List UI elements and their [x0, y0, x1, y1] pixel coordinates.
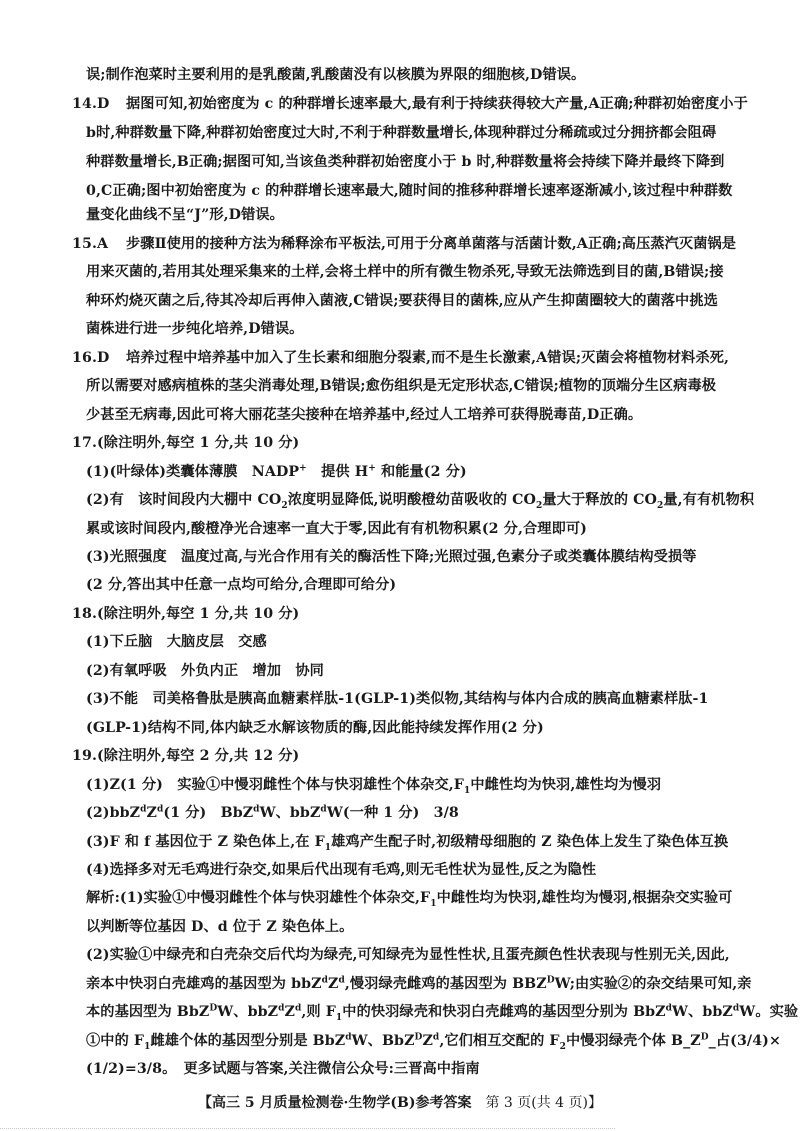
- line-text: 用来灭菌的,若用其处理采集来的土样,会将土样中的所有微生物杀死,导致无法筛选到目…: [86, 264, 724, 280]
- answer-continuation-line: 少甚至无病毒,因此可将大丽花茎尖接种在培养基中,经过人工培养可获得脱毒苗,D正确…: [86, 406, 642, 424]
- line-text: 步骤Ⅱ使用的接种方法为稀释涂布平板法,可用于分离单菌落与活菌计数,A正确;高压蒸…: [126, 236, 736, 252]
- line-text: 少甚至无病毒,因此可将大丽花茎尖接种在培养基中,经过人工培养可获得脱毒苗,D正确…: [86, 407, 642, 423]
- question-number: 14.D: [72, 95, 126, 113]
- q19-answer-3: (3)F 和 f 基因位于 Z 染色体上,在 F1雄鸡产生配子时,初级精母细胞的…: [86, 833, 728, 851]
- line-text: b时,种群数量下降,种群初始密度过大时,不利于种群数量增长,体现种群过分稀疏或过…: [86, 125, 716, 141]
- answer-continuation-line: 菌株进行进一步纯化培养,D错误。: [86, 320, 303, 338]
- question-number: 16.D: [72, 349, 126, 367]
- line-text: 所以需要对感病植株的茎尖消毒处理,B错误;愈伤组织是无定形状态,C错误;植物的顶…: [86, 378, 716, 394]
- answer-continuation-line: 量变化曲线不呈“J”形,D错误。: [86, 206, 284, 224]
- q17-answer-3-line1: (3)光照强度 温度过高,与光合作用有关的酶活性下降;光照过强,色素分子或类囊体…: [86, 548, 697, 566]
- line-text: 培养过程中培养基中加入了生长素和细胞分裂素,而不是生长激素,A错误;灭菌会将植物…: [126, 350, 729, 366]
- document-page: 误;制作泡菜时主要利用的是乳酸菌,乳酸菌没有以核膜为界限的细胞核,D错误。14.…: [0, 0, 800, 1131]
- q18-answer-3-line1: (3)不能 司美格鲁肽是胰高血糖素样肽-1(GLP-1)类似物,其结构与体内合成…: [86, 690, 709, 708]
- question-answer-line: 16.D培养过程中培养基中加入了生长素和细胞分裂素,而不是生长激素,A错误;灭菌…: [72, 349, 729, 367]
- q19-answer-1: (1)Z(1 分) 实验①中慢羽雌性个体与快羽雄性个体杂交,F1中雌性均为快羽,…: [86, 776, 661, 794]
- line-text: 0,C正确;图中初始密度为 c 的种群增长速率最大,随时间的推移种群增长速率逐渐…: [86, 183, 732, 199]
- line-text: 菌株进行进一步纯化培养,D错误。: [86, 321, 303, 337]
- q19-analysis-2-line4: ①中的 F1雌雄个体的基因型分别是 BbZdW、BbZDZd,它们相互交配的 F…: [86, 1032, 781, 1050]
- q19-analysis-1-line1: 解析:(1)实验①中慢羽雌性个体与快羽雄性个体杂交,F1中雌性均为快羽,雄性均为…: [86, 889, 732, 907]
- answer-continuation-line: b时,种群数量下降,种群初始密度过大时,不利于种群数量增长,体现种群过分稀疏或过…: [86, 124, 716, 142]
- q18-answer-3-line2: (GLP-1)结构不同,体内缺乏水解该物质的酶,因此能持续发挥作用(2 分): [86, 719, 544, 737]
- question-number: 17.: [72, 434, 97, 452]
- q19-analysis-2-line5: (1/2)=3/8。 更多试题与答案,关注微信公众号:三晋高中指南: [86, 1060, 480, 1078]
- q18-header: 18.(除注明外,每空 1 分,共 10 分): [72, 605, 299, 623]
- q19-header: 19.(除注明外,每空 2 分,共 12 分): [72, 747, 299, 765]
- line-text: 种环灼烧灭菌之后,待其冷却后再伸入菌液,C错误;要获得目的菌株,应从产生抑菌圈较…: [86, 293, 718, 309]
- answer-continuation-line: 0,C正确;图中初始密度为 c 的种群增长速率最大,随时间的推移种群增长速率逐渐…: [86, 182, 732, 200]
- answer-continuation-line: 用来灭菌的,若用其处理采集来的土样,会将土样中的所有微生物杀死,导致无法筛选到目…: [86, 263, 724, 281]
- q17-answer-2-line1: (2)有 该时间段内大棚中 CO2浓度明显降低,说明酸橙幼苗吸收的 CO2量大于…: [86, 491, 754, 509]
- answer-continuation-line: 所以需要对感病植株的茎尖消毒处理,B错误;愈伤组织是无定形状态,C错误;植物的顶…: [86, 377, 716, 395]
- q19-analysis-1-line2: 以判断等位基因 D、d 位于 Z 染色体上。: [86, 918, 353, 936]
- line-text: 误;制作泡菜时主要利用的是乳酸菌,乳酸菌没有以核膜为界限的细胞核,D错误。: [86, 67, 585, 83]
- footer-left: 【高三 5 月质量检测卷·: [198, 1095, 348, 1111]
- q19-analysis-2-line3: 本的基因型为 BbZDW、bbZdZd,则 F1中的快羽绿壳和快羽白壳雌鸡的基因…: [86, 1003, 798, 1021]
- line-text: (除注明外,每空 1 分,共 10 分): [97, 435, 299, 451]
- page-footer: 【高三 5 月质量检测卷·生物学(B)参考答案 第 3 页(共 4 页)】: [0, 1092, 800, 1112]
- q19-analysis-2-line2: 亲本中快羽白壳雄鸡的基因型为 bbZdZd,慢羽绿壳雌鸡的基因型为 BBZDW;…: [86, 975, 752, 993]
- line-text: 据图可知,初始密度为 c 的种群增长速率最大,最有利于持续获得较大产量,A正确;…: [126, 96, 748, 112]
- footer-subject: 生物学(B)参考答案: [348, 1095, 471, 1111]
- q19-analysis-2-line1: (2)实验①中绿壳和白壳杂交后代均为绿壳,可知绿壳为显性性状,且蛋壳颜色性状表现…: [86, 946, 730, 964]
- answer-continuation-line: 误;制作泡菜时主要利用的是乳酸菌,乳酸菌没有以核膜为界限的细胞核,D错误。: [86, 66, 585, 84]
- bottom-dotted-rule: [0, 1128, 615, 1129]
- q17-answer-3-line2: (2 分,答出其中任意一点均可给分,合理即可给分): [86, 576, 396, 594]
- line-text: 量变化曲线不呈“J”形,D错误。: [86, 207, 284, 223]
- footer-page-number: 第 3 页(共 4 页)】: [471, 1095, 602, 1111]
- question-number: 15.A: [72, 235, 126, 253]
- q18-answer-1: (1)下丘脑 大脑皮层 交感: [86, 633, 267, 651]
- q17-answer-1: (1)(叶绿体)类囊体薄膜 NADP+ 提供 H+ 和能量(2 分): [86, 463, 467, 481]
- q18-answer-2: (2)有氧呼吸 外负内正 增加 协同: [86, 662, 324, 680]
- q19-answer-2: (2)bbZdZd(1 分) BbZdW、bbZdW(一种 1 分) 3/8: [86, 804, 459, 822]
- line-text: 种群数量增长,B正确;据图可知,当该鱼类种群初始密度小于 b 时,种群数量将会持…: [86, 154, 724, 170]
- question-answer-line: 17.(除注明外,每空 1 分,共 10 分): [72, 434, 299, 452]
- answer-continuation-line: 种环灼烧灭菌之后,待其冷却后再伸入菌液,C错误;要获得目的菌株,应从产生抑菌圈较…: [86, 292, 718, 310]
- q19-answer-4: (4)选择多对无毛鸡进行杂交,如果后代出现有毛鸡,则无毛性状为显性,反之为隐性: [86, 861, 596, 879]
- question-answer-line: 14.D据图可知,初始密度为 c 的种群增长速率最大,最有利于持续获得较大产量,…: [72, 95, 748, 113]
- q17-answer-2-line2: 累或该时间段内,酸橙净光合速率一直大于零,因此有有机物积累(2 分,合理即可): [86, 520, 587, 538]
- question-answer-line: 15.A步骤Ⅱ使用的接种方法为稀释涂布平板法,可用于分离单菌落与活菌计数,A正确…: [72, 235, 736, 253]
- answer-continuation-line: 种群数量增长,B正确;据图可知,当该鱼类种群初始密度小于 b 时,种群数量将会持…: [86, 153, 724, 171]
